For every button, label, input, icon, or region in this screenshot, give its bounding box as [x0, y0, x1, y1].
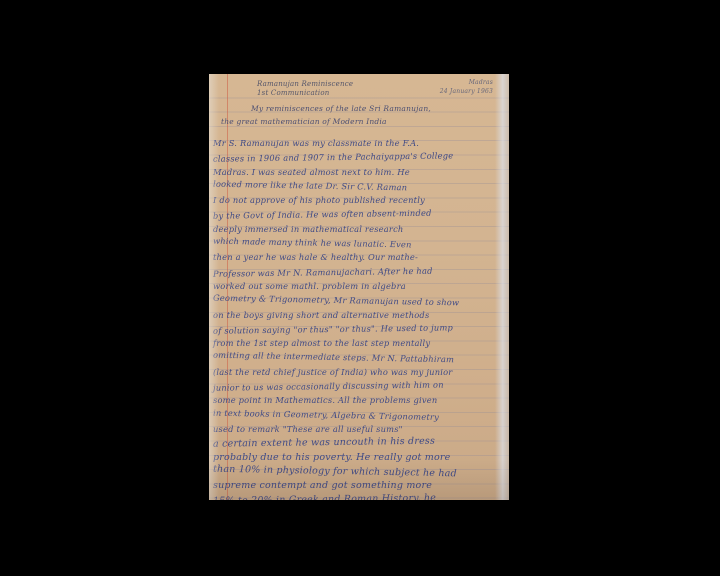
letter-line: on the boys giving short and alternative…	[213, 308, 459, 322]
bottom-shadow	[209, 460, 509, 500]
header-date: 24 January 1963	[440, 87, 493, 96]
header-left-line: 1st Communication	[257, 89, 353, 98]
title-line: My reminiscences of the late Sri Ramanuj…	[221, 102, 431, 115]
letter-title: My reminiscences of the late Sri Ramanuj…	[221, 102, 431, 128]
header-left-line: Ramanujan Reminiscence	[257, 80, 353, 89]
header-left: Ramanujan Reminiscence 1st Communication	[257, 80, 353, 98]
letter-body: Mr S. Ramanujan was my classmate in the …	[213, 136, 459, 500]
letter-line: Professor was Mr N. Ramanujachari. After…	[213, 263, 459, 281]
right-edge-glare	[495, 74, 509, 500]
title-line: the great mathematician of Modern India	[221, 115, 431, 128]
left-edge-glare	[209, 74, 219, 500]
header-right: Madras 24 January 1963	[440, 78, 493, 96]
letter-line: then a year he was hale & healthy. Our m…	[213, 250, 459, 264]
header-place: Madras	[440, 78, 493, 87]
document-photo: Ramanujan Reminiscence 1st Communication…	[209, 74, 509, 500]
